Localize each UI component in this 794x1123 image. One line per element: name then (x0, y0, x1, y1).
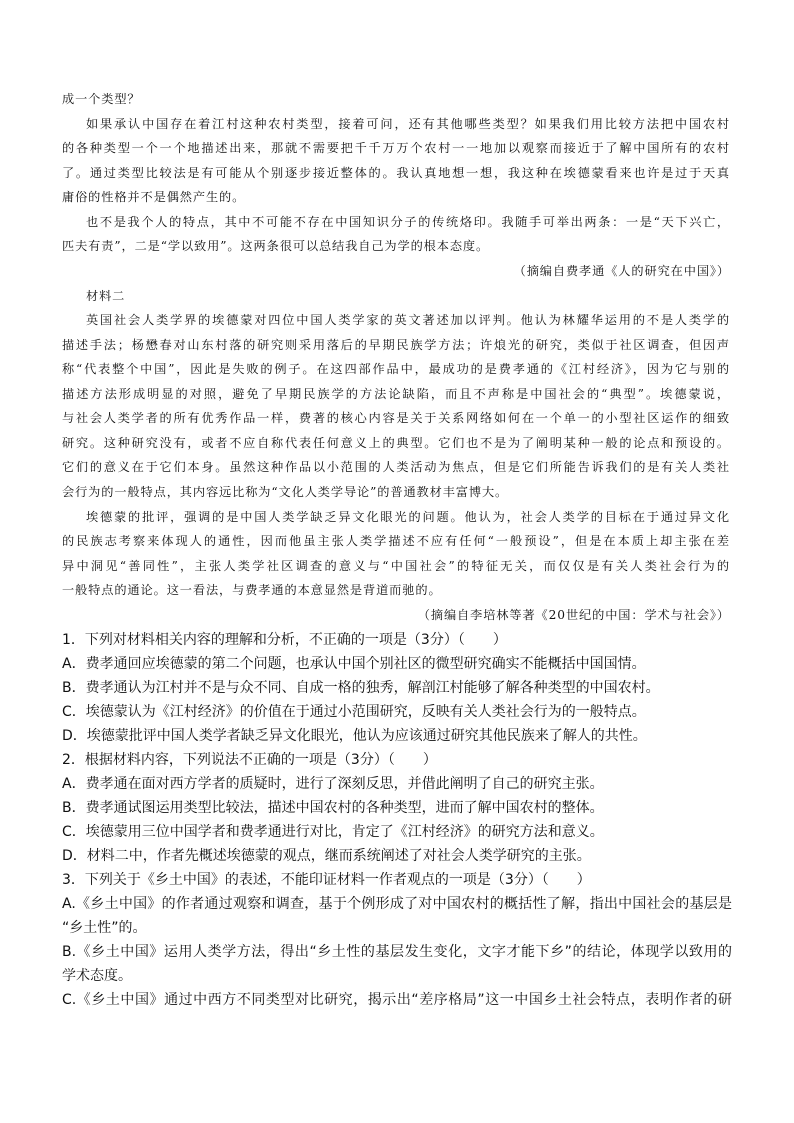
question-option-c[interactable]: C.《乡土中国》通过中西方不同类型对比研究，揭示出“差序格局”这一中国乡土社会特… (62, 991, 732, 1009)
paragraph-line: 描述方法形成明显的对照，避免了早期民族学的方法论缺陷，而且不声称是中国社会的“典… (62, 386, 730, 402)
exam-page: 成一个类型？ 如果承认中国存在着江村这种农村类型，接着可问，还有其他哪些类型？如… (0, 0, 794, 1123)
question-option-d[interactable]: D．埃德蒙批评中国人类学者缺乏异文化眼光，他认为应该通过研究其他民族来了解人的共… (62, 727, 732, 745)
paragraph-line: 成一个类型？ (62, 91, 730, 107)
question-option-b[interactable]: B.《乡土中国》运用人类学方法，得出“乡土性的基层发生变化，文字才能下乡”的结论… (62, 943, 732, 961)
paragraph-line: 它们的意义在于它们本身。虽然这种作品以小范围的人类活动为焦点，但是它们所能告诉我… (62, 459, 730, 475)
paragraph-line: 与社会人类学者的所有优秀作品一样，费著的核心内容是关于关系网络如何在一个单一的小… (62, 410, 730, 426)
paragraph-line: 研究。这种研究没有，或者不应自称代表任何意义上的典型。它们也不是为了阐明某种一般… (62, 435, 730, 451)
paragraph-line: 的各种类型一个一个地描述出来，那就不需要把千千万万个农村一一地加以观察而接近于了… (62, 140, 730, 156)
paragraph-line: 埃德蒙的批评，强调的是中国人类学缺乏异文化眼光的问题。他认为，社会人类学的目标在… (86, 509, 730, 525)
question-option-b[interactable]: B．费孝通试图运用类型比较法，描述中国农村的各种类型，进而了解中国农村的整体。 (62, 799, 732, 817)
question-option-b-continued[interactable]: 学术态度。 (62, 967, 732, 985)
paragraph-line: 一般特点的通论。这一看法，与费孝通的本意显然是背道而驰的。 (62, 582, 730, 598)
paragraph-line: 匹夫有责”，二是“学以致用”。这两条很可以总结我自己为学的根本态度。 (62, 238, 730, 254)
source-citation: （摘编自李培林等著《20世纪的中国：学术与社会》） (62, 607, 730, 623)
question-option-a[interactable]: A．费孝通回应埃德蒙的第二个问题，也承认中国个别社区的微型研究确实不能概括中国国… (62, 655, 732, 673)
paragraph-line: 庸俗的性格并不是偶然产生的。 (62, 189, 730, 205)
question-stem: 3．下列关于《乡土中国》的表述，不能印证材料一作者观点的一项是（3分）（ ） (62, 871, 732, 889)
question-stem: 1．下列对材料相关内容的理解和分析，不正确的一项是（3分）（ ） (62, 631, 732, 649)
question-option-a[interactable]: A．费孝通在面对西方学者的质疑时，进行了深刻反思，并借此阐明了自己的研究主张。 (62, 775, 732, 793)
paragraph-line: 了。通过类型比较法是有可能从个别逐步接近整体的。我认真地想一想，我这种在埃德蒙看… (62, 165, 730, 181)
question-stem: 2．根据材料内容，下列说法不正确的一项是（3分）（ ） (62, 751, 732, 769)
question-option-c[interactable]: C．埃德蒙用三位中国学者和费孝通进行对比，肯定了《江村经济》的研究方法和意义。 (62, 823, 732, 841)
source-citation: （摘编自费孝通《人的研究在中国》） (62, 263, 730, 279)
question-option-a-continued[interactable]: “乡土性”的。 (62, 919, 732, 937)
paragraph-line: 称“代表整个中国”，因此是失败的例子。在这四部作品中，最成功的是费孝通的《江村经… (62, 361, 730, 377)
paragraph-line: 描述手法；杨懋春对山东村落的研究则采用落后的早期民族学方法；许烺光的研究，类似于… (62, 337, 730, 353)
question-option-a[interactable]: A.《乡土中国》的作者通过观察和调查，基于个例形成了对中国农村的概括性了解，指出… (62, 895, 732, 913)
paragraph-line: 如果承认中国存在着江村这种农村类型，接着可问，还有其他哪些类型？如果我们用比较方… (86, 116, 730, 132)
paragraph-line: 的民族志考察来体现人的通性，因而他虽主张人类学描述不应有任何“一般预设”，但是在… (62, 533, 730, 549)
paragraph-line: 会行为的一般特点，其内容远比称为“文化人类学导论”的普通教材丰富博大。 (62, 484, 730, 500)
paragraph-line: 异中洞见“善同性”，主张人类学社区调查的意义与“中国社会”的特征无关，而仅仅是有… (62, 558, 730, 574)
question-option-b[interactable]: B．费孝通认为江村并不是与众不同、自成一格的独秀，解剖江村能够了解各种类型的中国… (62, 679, 732, 697)
paragraph-line: 也不是我个人的特点，其中不可能不存在中国知识分子的传统烙印。我随手可举出两条：一… (86, 214, 730, 230)
section-heading: 材料二 (86, 288, 730, 304)
paragraph-line: 英国社会人类学界的埃德蒙对四位中国人类学家的英文著述加以评判。他认为林耀华运用的… (86, 312, 730, 328)
question-option-c[interactable]: C．埃德蒙认为《江村经济》的价值在于通过小范围研究，反映有关人类社会行为的一般特… (62, 703, 732, 721)
question-option-d[interactable]: D．材料二中，作者先概述埃德蒙的观点，继而系统阐述了对社会人类学研究的主张。 (62, 847, 732, 865)
